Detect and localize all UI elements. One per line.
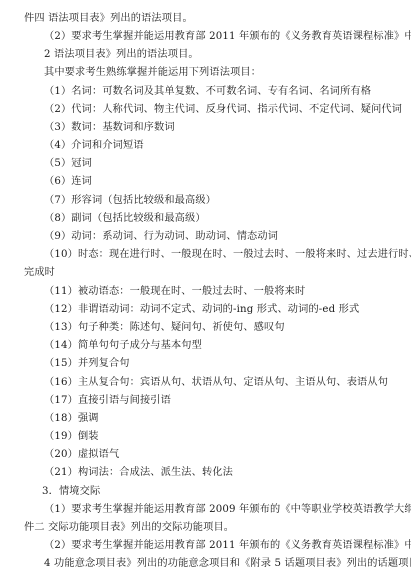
- list-item-grammar: （20）虚拟语气: [44, 448, 397, 461]
- list-item-grammar: （4）介词和介词短语: [44, 139, 397, 152]
- list-item-grammar: （7）形容词（包括比较级和最高级）: [44, 194, 397, 207]
- list-item-grammar: （6）连词: [44, 175, 397, 188]
- list-item-grammar: （11）被动语态：一般现在时、一般过去时、一般将来时: [44, 285, 397, 298]
- text-line-paragraph: （1）要求考生掌握并能运用教育部 2009 年颁布的《中等职业学校英语教学大纲》…: [44, 503, 397, 516]
- text-line-paragraph: （2）要求考生掌握并能运用教育部 2011 年颁布的《义务教育英语课程标准》中《…: [44, 30, 397, 43]
- list-item-grammar: （1）名词：可数名词及其单复数、不可数名词、专有名词、名词所有格: [44, 85, 397, 98]
- list-item-grammar: （15）并列复合句: [44, 357, 397, 370]
- list-item-grammar: （3）数词：基数词和序数词: [44, 121, 397, 134]
- list-item-grammar: （9）动词：系动词、行为动词、助动词、情态动词: [44, 230, 397, 243]
- list-item-grammar: （14）简单句句子成分与基本句型: [44, 339, 397, 352]
- list-item-grammar: （18）强调: [44, 412, 397, 425]
- document-page: 件四 语法项目表》列出的语法项目。 （2）要求考生掌握并能运用教育部 2011 …: [0, 0, 411, 573]
- text-line-continuation: 2 语法项目表》列出的语法项目。: [44, 48, 397, 61]
- text-line-continuation: 件四 语法项目表》列出的语法项目。: [24, 12, 397, 25]
- list-item-grammar: （2）代词：人称代词、物主代词、反身代词、指示代词、不定代词、疑问代词: [44, 103, 397, 116]
- section-heading: 3．情境交际: [42, 485, 397, 498]
- list-item-grammar: （10）时态：现在进行时、一般现在时、一般过去时、一般将来时、过去进行时、现在: [44, 248, 397, 261]
- text-line-paragraph: （2）要求考生掌握并能运用教育部 2011 年颁布的《义务教育英语课程标准》中《…: [44, 539, 397, 552]
- list-item-grammar: （5）冠词: [44, 157, 397, 170]
- list-item-grammar: （17）直接引语与间接引语: [44, 394, 397, 407]
- list-item-grammar: （13）句子种类：陈述句、疑问句、祈使句、感叹句: [44, 321, 397, 334]
- text-line-continuation: 完成时: [24, 266, 397, 279]
- list-item-grammar: （8）副词（包括比较级和最高级）: [44, 212, 397, 225]
- text-line-continuation: 4 功能意念项目表》列出的功能意念项目和《附录 5 话题项目表》列出的话题项目。: [44, 557, 397, 570]
- list-item-grammar: （12）非谓语动词：动词不定式、动词的-ing 形式、动词的-ed 形式: [44, 303, 397, 316]
- text-line-continuation: 件二 交际功能项目表》列出的交际功能项目。: [24, 521, 397, 534]
- list-item-grammar: （19）倒装: [44, 430, 397, 443]
- text-line-intro: 其中要求考生熟练掌握并能运用下列语法项目：: [44, 66, 397, 79]
- list-item-grammar: （21）构词法：合成法、派生法、转化法: [44, 466, 397, 479]
- list-item-grammar: （16）主从复合句：宾语从句、状语从句、定语从句、主语从句、表语从句: [44, 376, 397, 389]
